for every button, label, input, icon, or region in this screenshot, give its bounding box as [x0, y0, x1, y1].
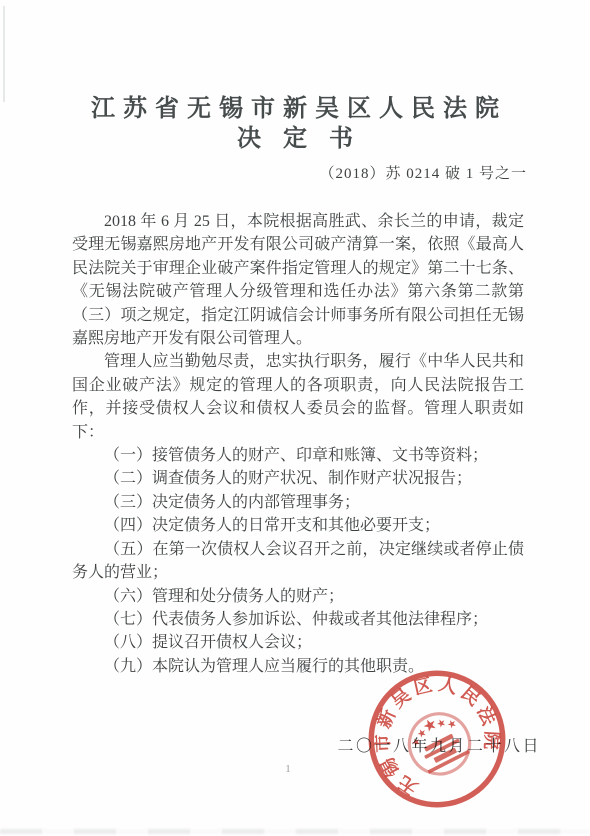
- duty-item-4: （四）决定债务人的日常开支和其他必要开支；: [72, 514, 524, 537]
- duty-item-5: （五）在第一次债权人会议召开之前，决定继续或者停止债务人的营业；: [72, 538, 524, 585]
- seal-national-emblem: ★ ★ ★ ★ ★: [399, 703, 480, 784]
- document-body: 2018 年 6 月 25 日，本院根据高胜武、余长兰的申请，裁定受理无锡嘉熙房…: [72, 210, 524, 678]
- document-type-title: 决定书: [0, 118, 590, 153]
- duty-item-1: （一）接管债务人的财产、印章和账簿、文书等资料；: [72, 444, 524, 467]
- paragraph-duty-intro: 管理人应当勤勉尽责，忠实执行职务，履行《中华人民共和国企业破产法》规定的管理人的…: [72, 350, 524, 444]
- scan-artifact-bottom: [0, 829, 590, 834]
- duty-item-7: （七）代表债务人参加诉讼、仲裁或者其他法律程序；: [72, 608, 524, 631]
- scan-artifact-left-edge: [3, 6, 5, 102]
- duty-item-2: （二）调查债务人的财产状况、制作财产状况报告；: [72, 467, 524, 490]
- duty-item-6: （六）管理和处分债务人的财产；: [72, 585, 524, 608]
- case-number: （2018）苏 0214 破 1 号之一: [319, 162, 527, 183]
- court-decision-page: 江苏省无锡市新吴区人民法院 决定书 （2018）苏 0214 破 1 号之一 2…: [0, 0, 590, 836]
- duty-item-3: （三）决定债务人的内部管理事务；: [72, 491, 524, 514]
- paragraph-appointment-ruling: 2018 年 6 月 25 日，本院根据高胜武、余长兰的申请，裁定受理无锡嘉熙房…: [72, 210, 524, 350]
- page-number: 1: [276, 763, 300, 775]
